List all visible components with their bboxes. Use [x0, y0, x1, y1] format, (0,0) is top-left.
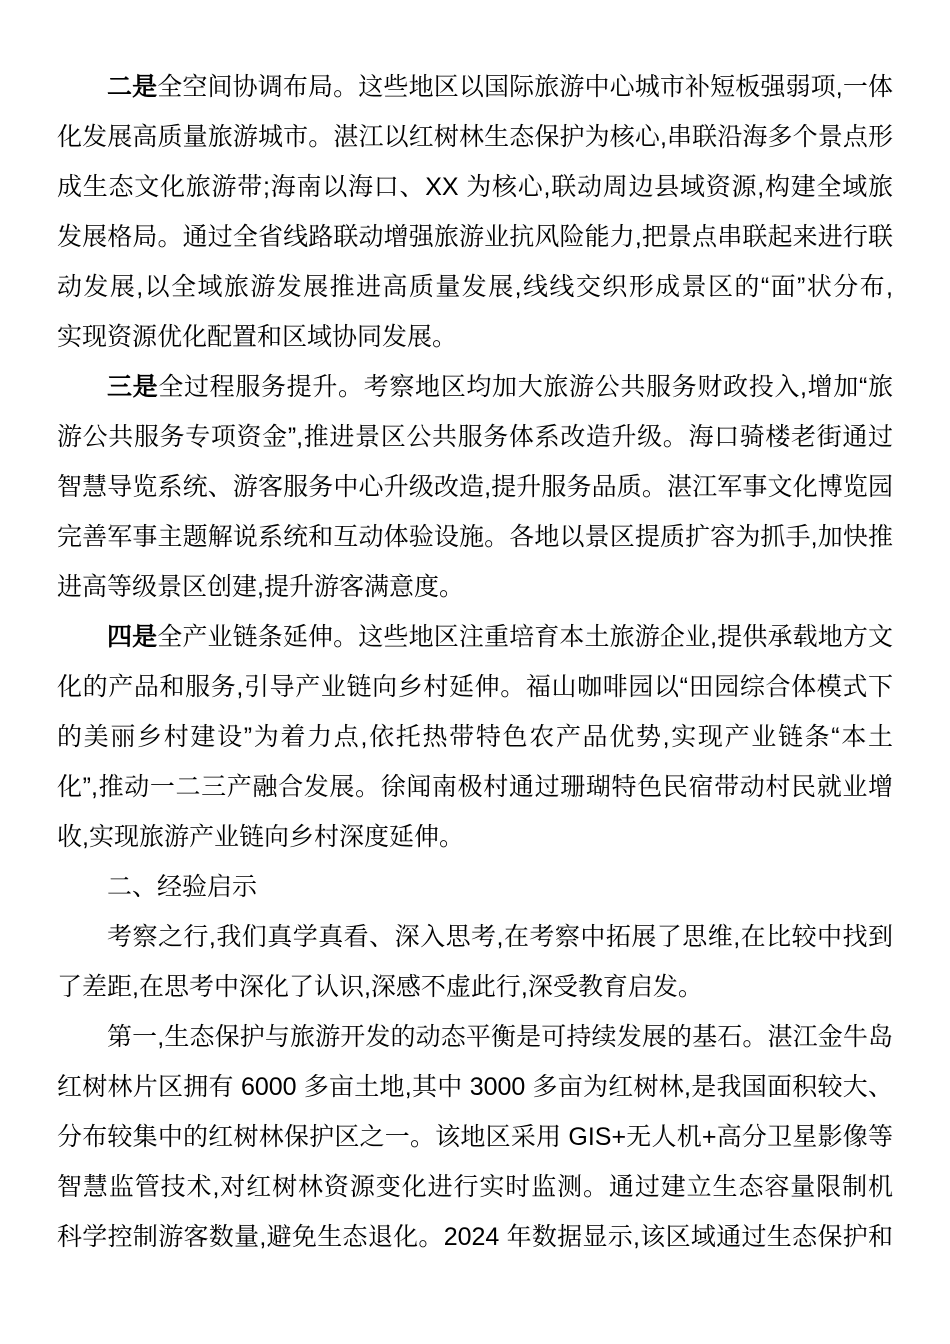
text-line: 智慧监管技术,对红树林资源变化进行实时监测。通过建立生态容量限制机制, [57, 1162, 893, 1212]
text-line: 二、经验启示 [57, 862, 893, 912]
paragraph-reflection-intro: 考察之行,我们真学真看、深入思考,在考察中拓展了思维,在比较中找到了差距,在思考… [57, 912, 893, 1012]
paragraph-lead-emphasis: 四是 [107, 623, 157, 651]
paragraph-lesson-one: 第一,生态保护与旅游开发的动态平衡是可持续发展的基石。湛江金牛岛红树林片区拥有 … [57, 1012, 893, 1262]
text-line: 化的产品和服务,引导产业链向乡村延伸。福山咖啡园以“田园综合体模式下 [57, 662, 893, 712]
paragraph-lead-emphasis: 三是 [107, 373, 158, 401]
text-line: 四是全产业链条延伸。这些地区注重培育本土旅游企业,提供承载地方文 [57, 612, 893, 662]
text-line: 化”,推动一二三产融合发展。徐闻南极村通过珊瑚特色民宿带动村民就业增 [57, 762, 893, 812]
text-line: 分布较集中的红树林保护区之一。该地区采用 GIS+无人机+高分卫星影像等 [57, 1112, 893, 1162]
text-line: 红树林片区拥有 6000 多亩土地,其中 3000 多亩为红树林,是我国面积较大… [57, 1062, 893, 1112]
text-line: 完善军事主题解说系统和互动体验设施。各地以景区提质扩容为抓手,加快推 [57, 512, 893, 562]
text-line: 二是全空间协调布局。这些地区以国际旅游中心城市补短板强弱项,一体 [57, 62, 893, 112]
text-line: 成生态文化旅游带;海南以海口、XX 为核心,联动周边县域资源,构建全域旅游 [57, 162, 893, 212]
line-text: 全空间协调布局。这些地区以国际旅游中心城市补短板强弱项,一体 [157, 73, 893, 101]
paragraph-point-four: 四是全产业链条延伸。这些地区注重培育本土旅游企业,提供承载地方文化的产品和服务,… [57, 612, 893, 862]
text-line: 游公共服务专项资金”,推进景区公共服务体系改造升级。海口骑楼老街通过 [57, 412, 893, 462]
text-line: 科学控制游客数量,避免生态退化。2024 年数据显示,该区域通过生态保护和 [57, 1212, 893, 1262]
section-heading-experience: 二、经验启示 [57, 862, 893, 912]
text-line: 进高等级景区创建,提升游客满意度。 [57, 562, 893, 612]
text-line: 收,实现旅游产业链向乡村深度延伸。 [57, 812, 893, 862]
text-line: 实现资源优化配置和区域协同发展。 [57, 312, 893, 362]
text-line: 第一,生态保护与旅游开发的动态平衡是可持续发展的基石。湛江金牛岛 [57, 1012, 893, 1062]
text-line: 三是全过程服务提升。考察地区均加大旅游公共服务财政投入,增加“旅 [57, 362, 893, 412]
line-text: 全过程服务提升。考察地区均加大旅游公共服务财政投入,增加“旅 [158, 373, 893, 401]
text-line: 智慧导览系统、游客服务中心升级改造,提升服务品质。湛江军事文化博览园 [57, 462, 893, 512]
text-line: 发展格局。通过全省线路联动增强旅游业抗风险能力,把景点串联起来进行联 [57, 212, 893, 262]
document-page: 二是全空间协调布局。这些地区以国际旅游中心城市补短板强弱项,一体化发展高质量旅游… [0, 0, 950, 1344]
text-line: 的美丽乡村建设”为着力点,依托热带特色农产品优势,实现产业链条“本土 [57, 712, 893, 762]
text-line: 动发展,以全域旅游发展推进高质量发展,线线交织形成景区的“面”状分布, [57, 262, 893, 312]
paragraph-lead-emphasis: 二是 [107, 73, 157, 101]
paragraph-point-two: 二是全空间协调布局。这些地区以国际旅游中心城市补短板强弱项,一体化发展高质量旅游… [57, 62, 893, 362]
paragraph-point-three: 三是全过程服务提升。考察地区均加大旅游公共服务财政投入,增加“旅游公共服务专项资… [57, 362, 893, 612]
text-line: 化发展高质量旅游城市。湛江以红树林生态保护为核心,串联沿海多个景点形 [57, 112, 893, 162]
text-line: 考察之行,我们真学真看、深入思考,在考察中拓展了思维,在比较中找到 [57, 912, 893, 962]
text-line: 了差距,在思考中深化了认识,深感不虚此行,深受教育启发。 [57, 962, 893, 1012]
line-text: 全产业链条延伸。这些地区注重培育本土旅游企业,提供承载地方文 [157, 623, 893, 651]
